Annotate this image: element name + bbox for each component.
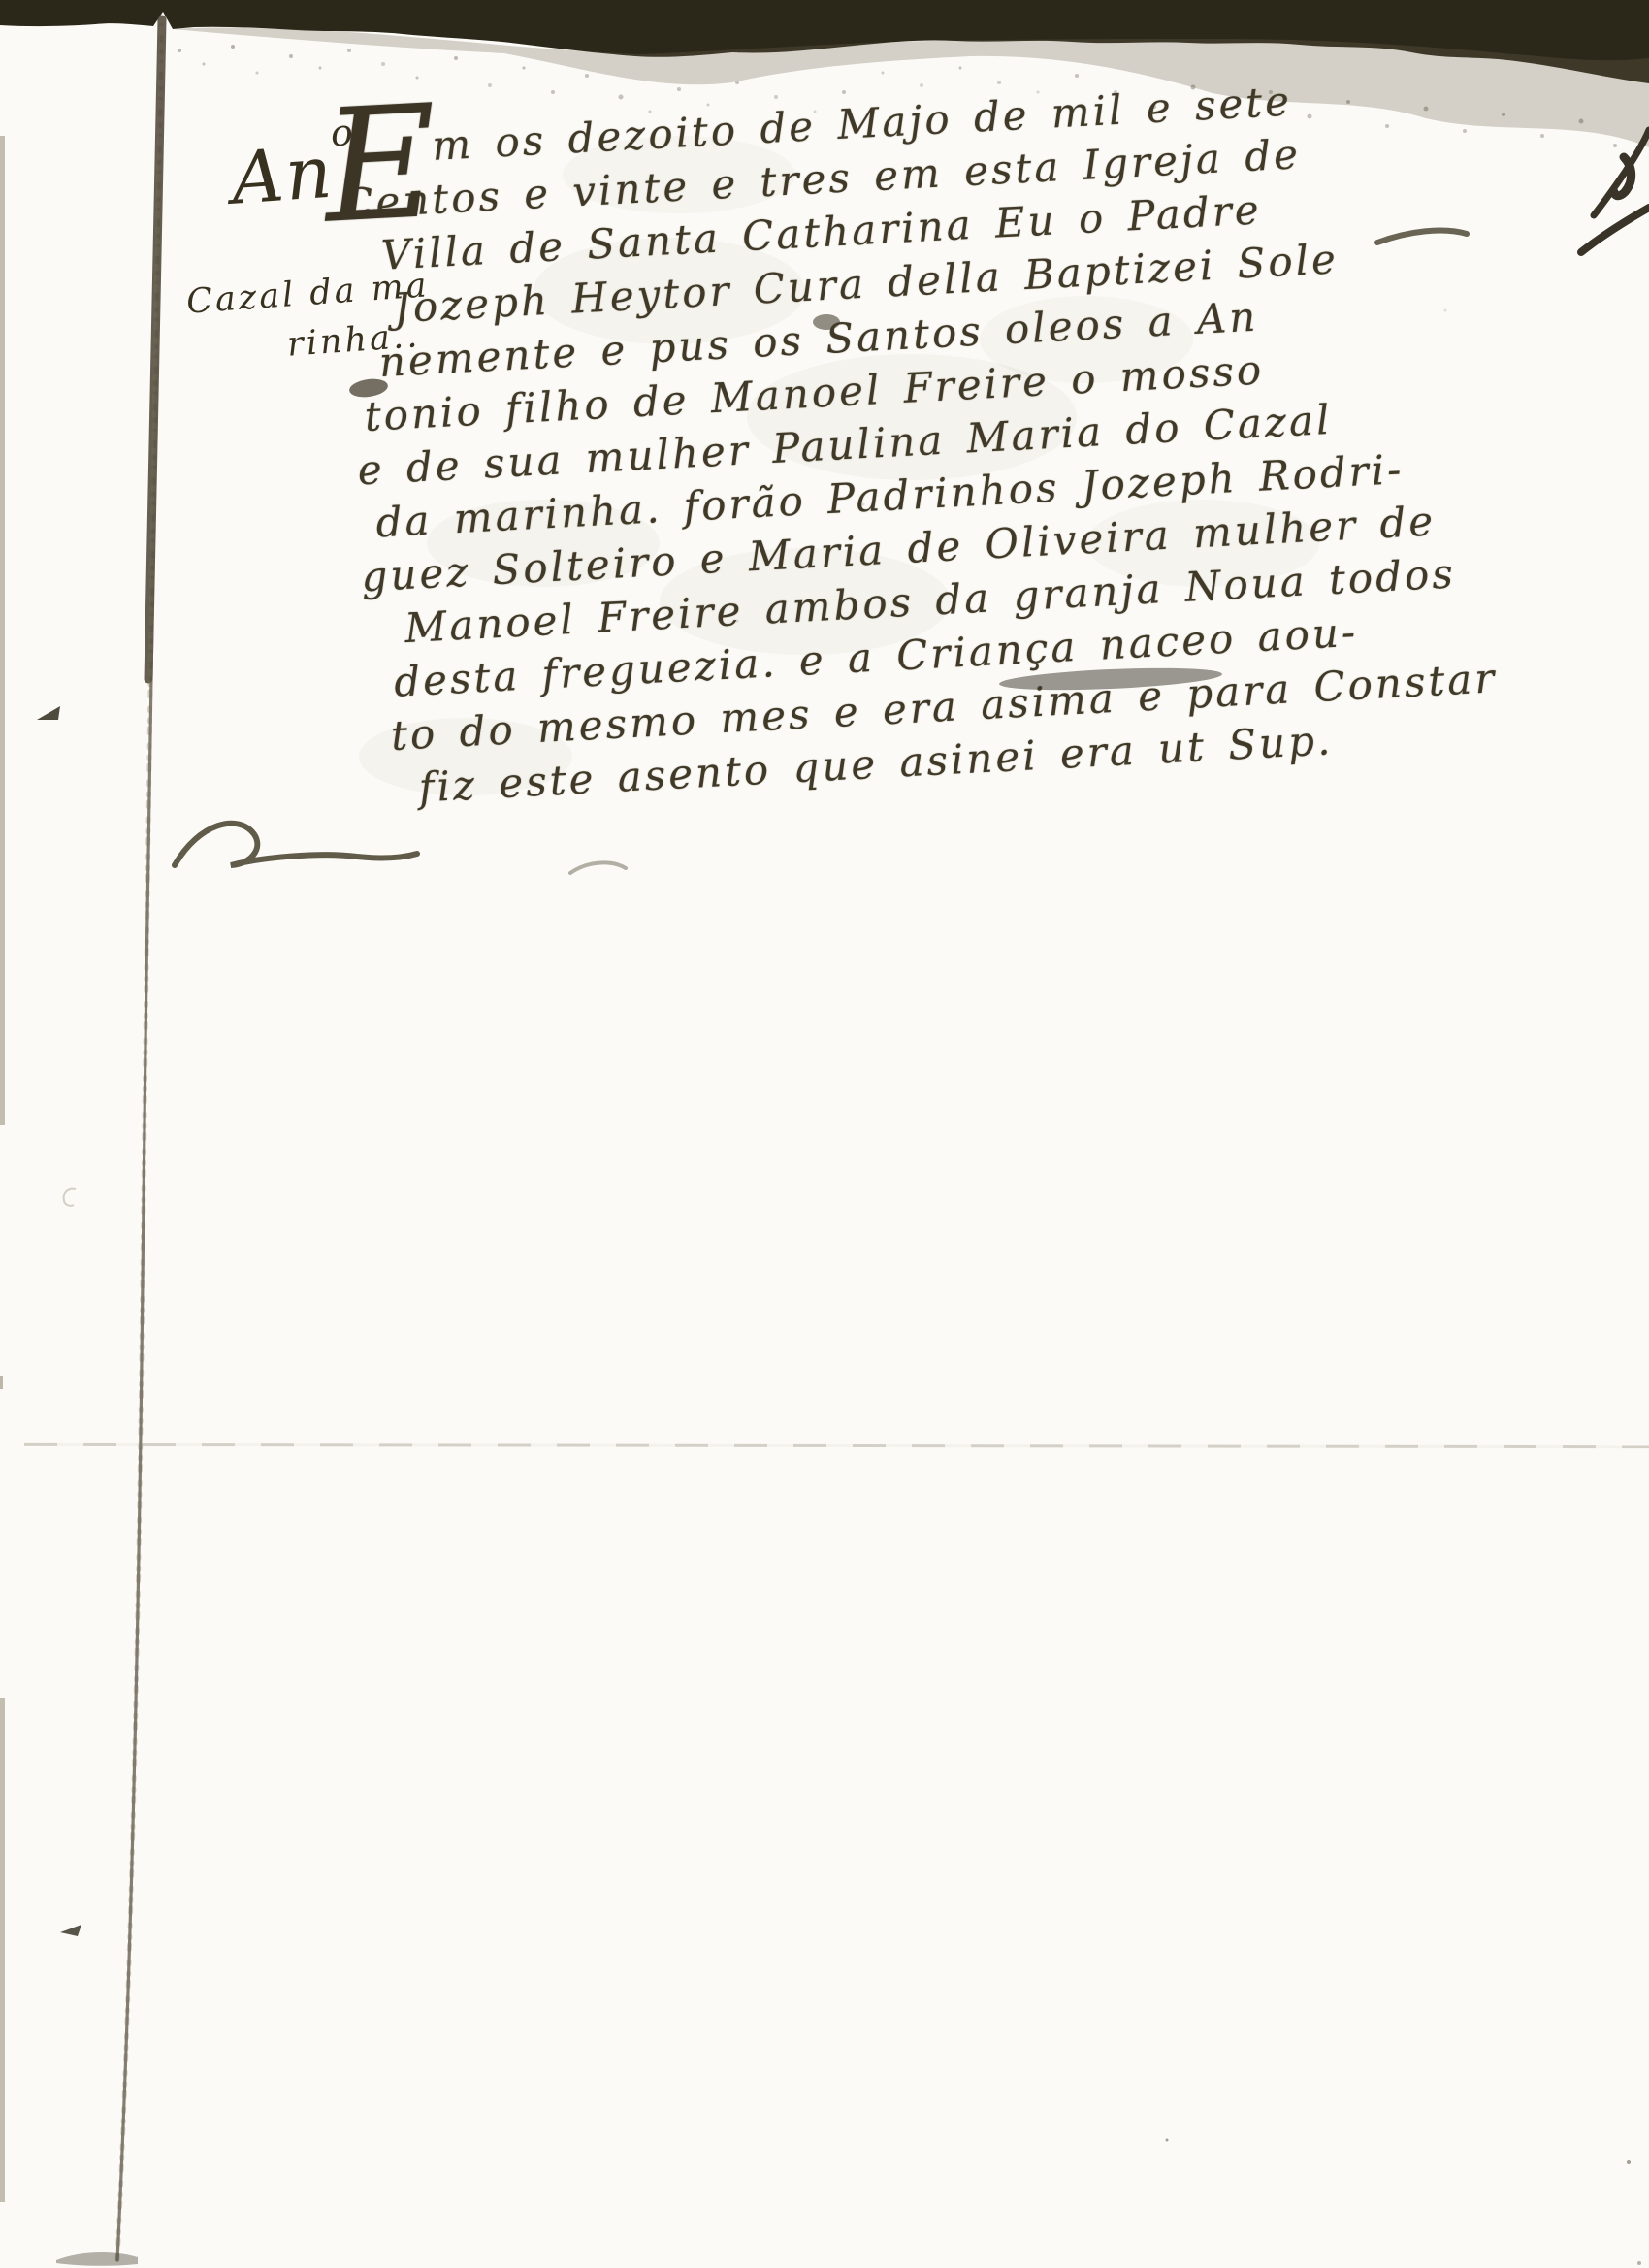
next-entry-flourish [175, 824, 626, 873]
fold-bottom-smudge [56, 2252, 138, 2266]
page-fold-line [117, 19, 162, 2260]
left-edge-strip [0, 136, 5, 2202]
manuscript-page: Ano. Cazal da ma rinha.. E m os dezoito … [0, 0, 1649, 2268]
baptism-record-text: E m os dezoito de Majo de mil e sete Cen… [338, 64, 1517, 817]
cutoff-flourish-glyph [1581, 130, 1649, 252]
ink-flecks [37, 706, 81, 1936]
dropcap-initial: E [320, 84, 441, 245]
margin-abbrev-base: An [229, 131, 337, 221]
